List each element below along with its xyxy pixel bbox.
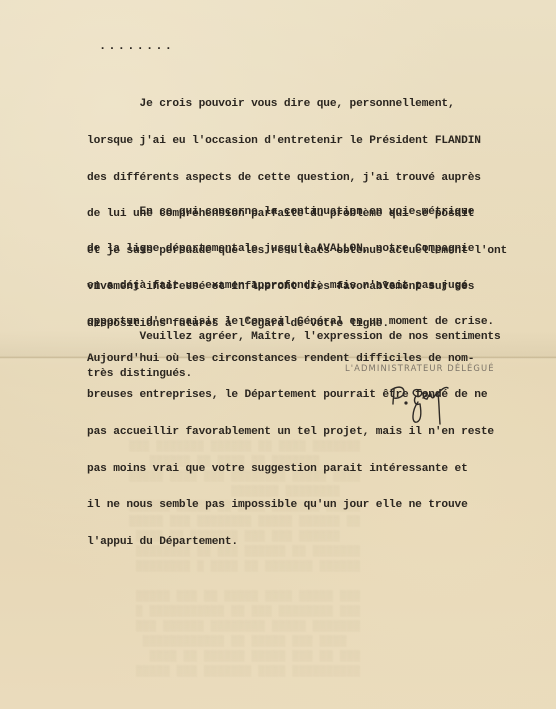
- closing-formula: Veuillez agréer, Maître, l'expression de…: [87, 307, 556, 392]
- text-line: l'appui du Département.: [87, 536, 556, 548]
- opening-ellipsis-dots: ........: [99, 39, 174, 53]
- text-line: Veuillez agréer, Maître, l'expression de…: [87, 331, 556, 343]
- administrator-stamp: L'ADMINISTRATEUR DÉLÉGUÉ: [345, 363, 495, 373]
- text-line: pas accueillir favorablement un tel proj…: [87, 426, 556, 438]
- text-line: de la ligne départementale jusqu'à AVALL…: [87, 243, 556, 255]
- text-line: lorsque j'ai eu l'occasion d'entretenir …: [87, 135, 556, 147]
- handwritten-signature: P. Gey: [385, 380, 465, 430]
- text-line: Je crois pouvoir vous dire que, personne…: [87, 98, 556, 110]
- text-line: en a déjà fait un examen approfondi, mai…: [87, 280, 556, 292]
- text-line: il ne nous semble pas impossible qu'un j…: [87, 499, 556, 511]
- text-line: En ce qui concerne la continuation en vo…: [87, 206, 556, 218]
- text-line: pas moins vrai que votre suggestion para…: [87, 463, 556, 475]
